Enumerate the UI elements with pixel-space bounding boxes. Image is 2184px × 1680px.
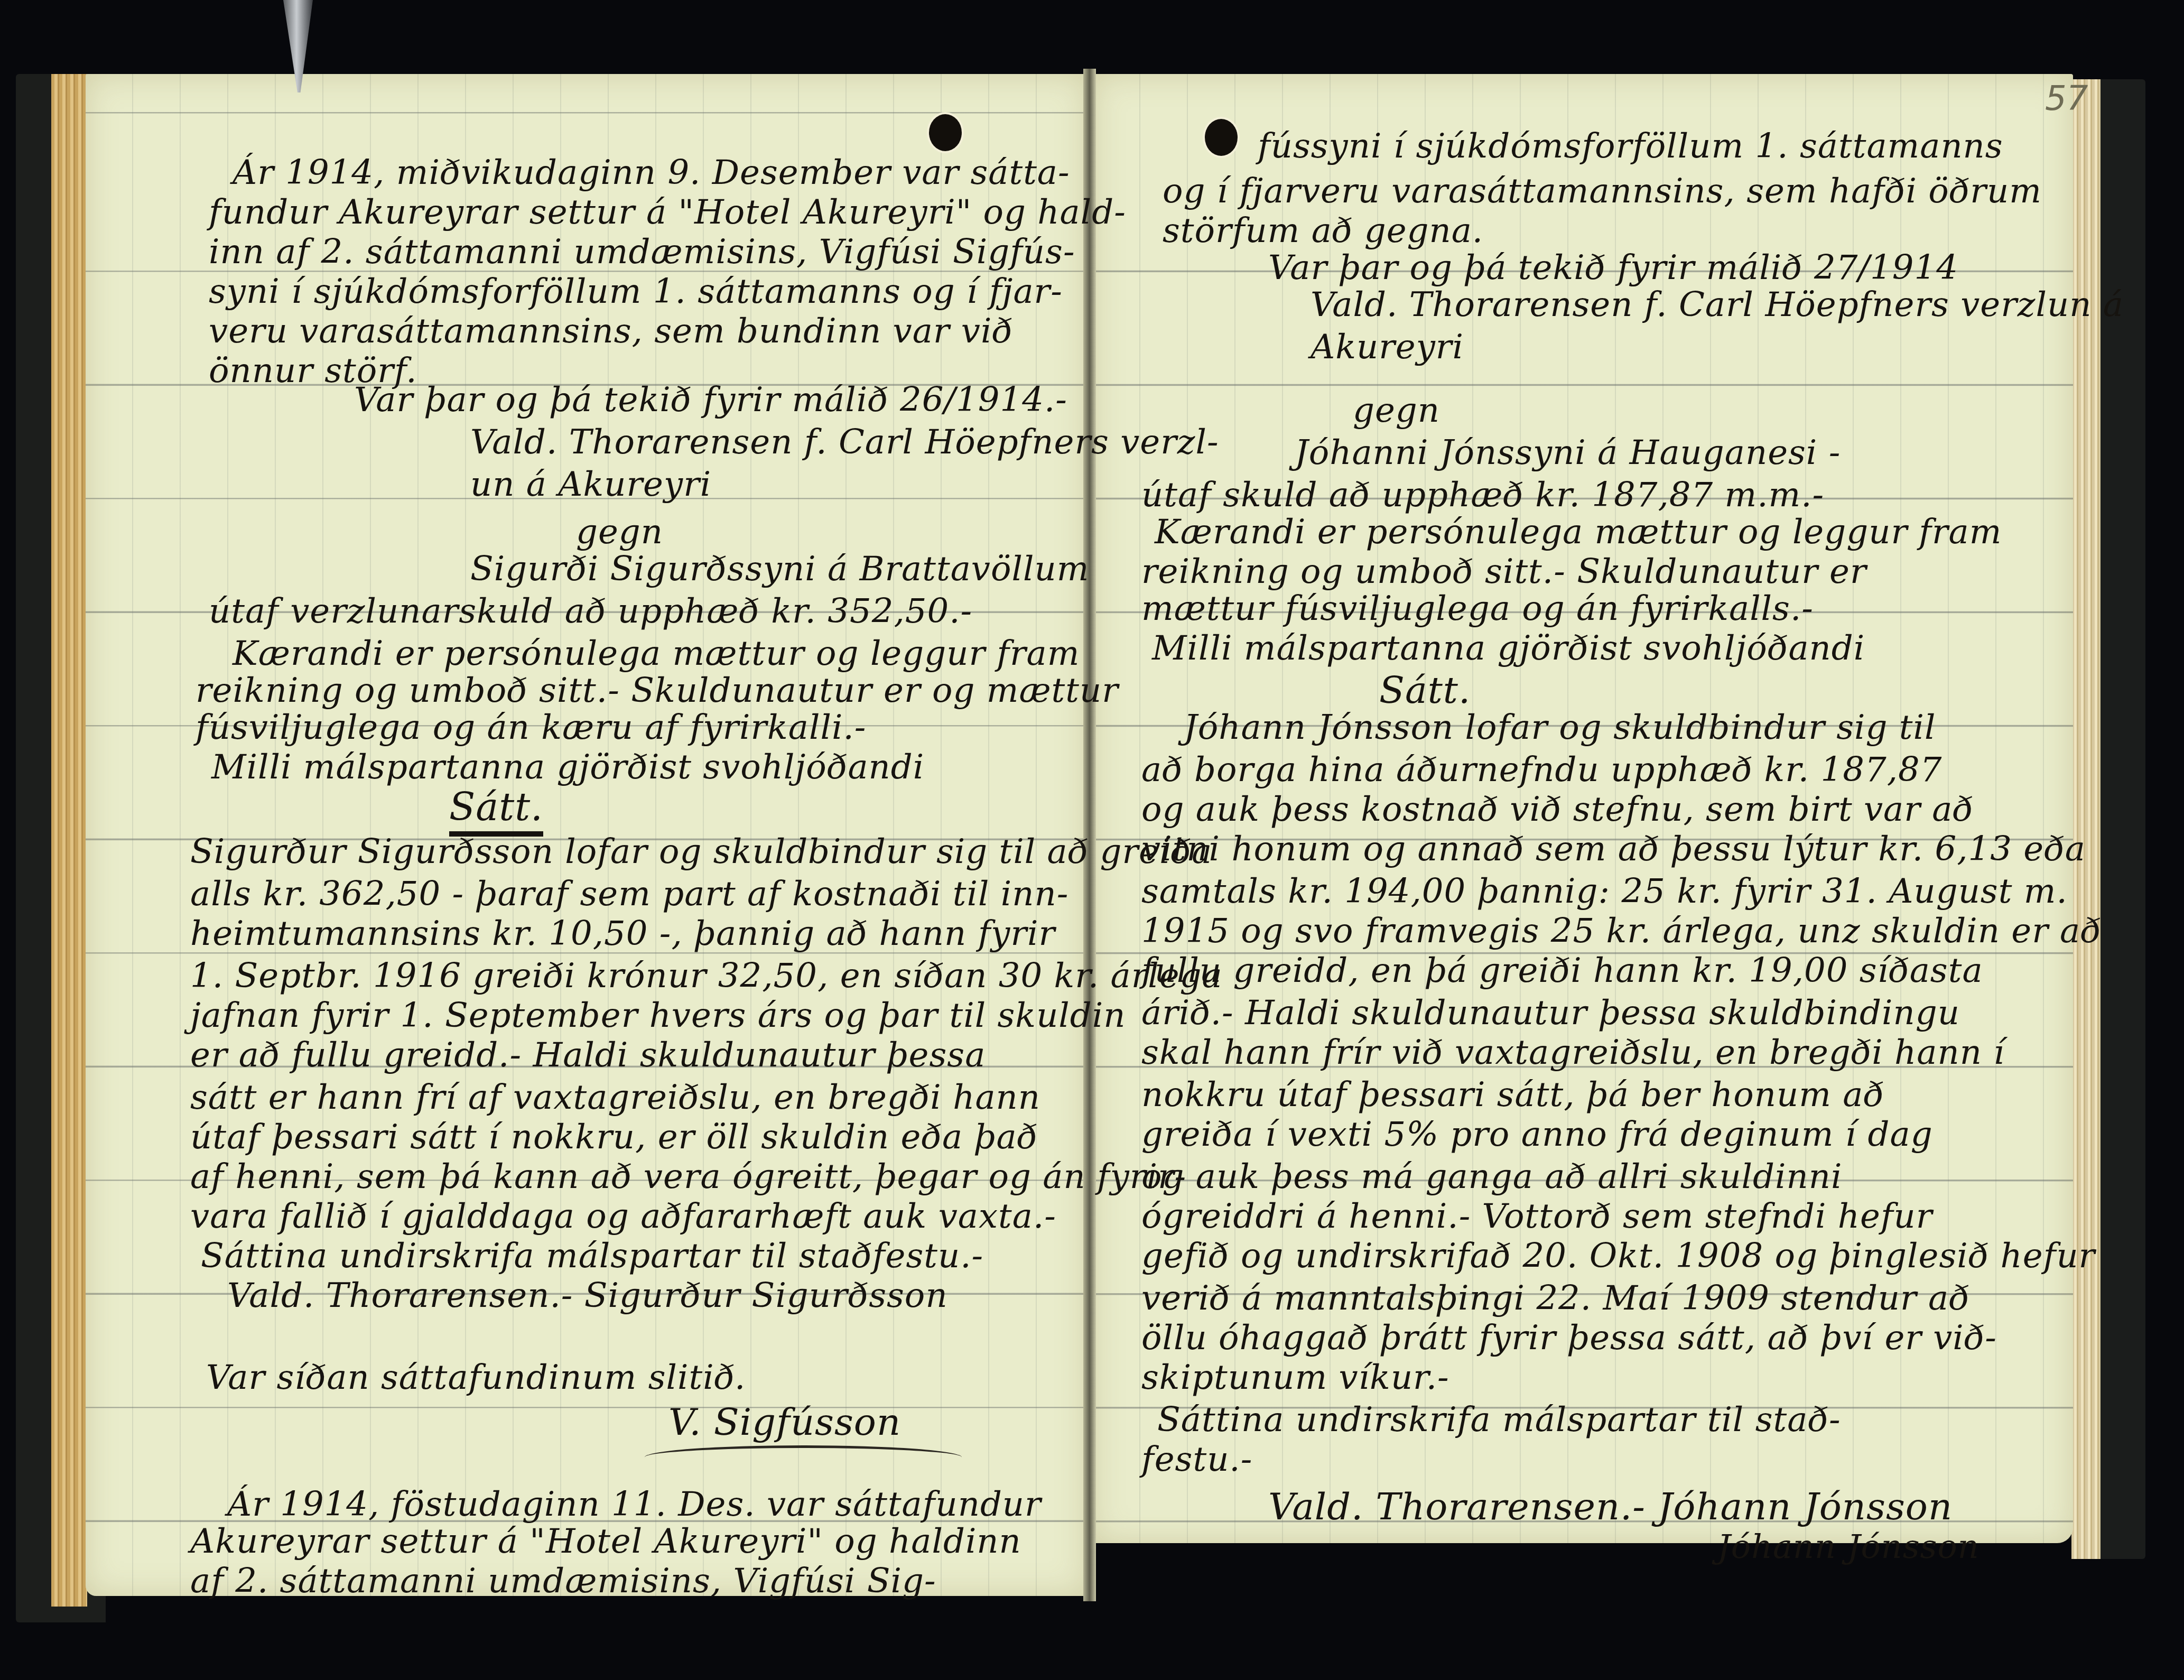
text-line: Var þar og þá tekið fyrir málið 26/1914.…: [354, 380, 1067, 420]
section-heading-satt: Sátt.: [449, 785, 543, 837]
text-line: Jóhann Jónsson lofar og skuldbindur sig …: [1184, 708, 1936, 747]
signature-johann-jonsson: Jóhann Jónsson: [1717, 1527, 1979, 1566]
text-line: syni í sjúkdómsforföllum 1. sáttamanns o…: [209, 272, 1063, 311]
text-line: Sigurður Sigurðsson lofar og skuldbindur…: [190, 832, 1212, 871]
text-line: 1915 og svo framvegis 25 kr. árlega, unz…: [1141, 912, 2102, 951]
text-line: útaf þessari sátt í nokkru, er öll skuld…: [190, 1118, 1038, 1157]
text-line: og auk þess kostnað við stefnu, sem birt…: [1141, 790, 1974, 829]
text-line: fúsviljuglega og án kæru af fyrirkalli.-: [196, 708, 866, 747]
section-heading-satt: Sátt.: [1379, 669, 1471, 712]
text-line: Akureyri: [1311, 328, 1464, 367]
text-line: reikning og umboð sitt.- Skuldunautur er: [1141, 552, 1867, 591]
text-line: veru varasáttamannsins, sem bundinn var …: [209, 312, 1013, 351]
text-line: greiða í vexti 5% pro anno frá deginum í…: [1141, 1115, 1933, 1154]
text-line: Var síðan sáttafundinum slitið.: [206, 1358, 746, 1397]
signature-line: Vald. Thorarensen.- Sigurður Sigurðsson: [227, 1276, 948, 1315]
text-line: og í fjarveru varasáttamannsins, sem haf…: [1163, 172, 2042, 211]
text-line: 1. Septbr. 1916 greiði krónur 32,50, en …: [190, 957, 1223, 996]
text-line: af henni, sem þá kann að vera ógreitt, þ…: [190, 1157, 1186, 1196]
text-line: vara fallið í gjalddaga og aðfararhæft a…: [190, 1197, 1056, 1236]
punch-hole-right: [1205, 119, 1238, 156]
signature-v-sigfusson: V. Sigfússon: [668, 1400, 901, 1444]
text-line: fússyni í sjúkdómsforföllum 1. sáttamann…: [1258, 127, 2003, 166]
text-line: verið á manntalsþingi 22. Maí 1909 stend…: [1141, 1279, 1970, 1318]
text-line: störfum að gegna.: [1163, 211, 1483, 250]
text-line: Milli málspartanna gjörðist svohljóðandi: [1152, 629, 1865, 668]
signature-line: Vald. Thorarensen.- Jóhann Jónsson: [1268, 1485, 1953, 1528]
page-number: 57: [2045, 79, 2088, 118]
text-line: Ár 1914, miðvikudaginn 9. Desember var s…: [233, 153, 1070, 192]
text-line: öllu óhaggað þrátt fyrir þessa sátt, að …: [1141, 1319, 1997, 1358]
text-line: útaf skuld að upphæð kr. 187,87 m.m.-: [1141, 476, 1824, 515]
signature-flourish: [645, 1445, 962, 1469]
text-line: festu.-: [1141, 1440, 1252, 1479]
text-line: gegn: [1353, 391, 1440, 430]
punch-hole-left: [929, 114, 962, 151]
text-line: Milli málspartanna gjörðist svohljóðandi: [211, 748, 924, 787]
page-stack-edge-left: [51, 74, 87, 1607]
text-line: Sáttina undirskrifa málspartar til staðf…: [201, 1237, 983, 1276]
text-line: alls kr. 362,50 - þaraf sem part af kost…: [190, 875, 1068, 914]
text-line: fullu greidd, en þá greiði hann kr. 19,0…: [1141, 951, 1983, 990]
text-line: nokkru útaf þessari sátt, þá ber honum a…: [1141, 1075, 1884, 1115]
text-line: og auk þess má ganga að allri skuldinni: [1141, 1157, 1842, 1196]
text-line: mættur fúsviljuglega og án fyrirkalls.-: [1141, 589, 1814, 628]
text-line: Kærandi er persónulega mættur og leggur …: [233, 634, 1080, 673]
text-line: heimtumannsins kr. 10,50 -, þannig að ha…: [190, 914, 1055, 953]
text-line: Ár 1914, föstudaginn 11. Des. var sáttaf…: [227, 1485, 1042, 1524]
text-line: inn af 2. sáttamanni umdæmisins, Vigfúsi…: [209, 233, 1075, 272]
text-line: útaf verzlunarskuld að upphæð kr. 352,50…: [209, 592, 972, 631]
text-line: fundur Akureyrar settur á "Hotel Akureyr…: [209, 193, 1126, 232]
text-line: skal hann frír við vaxtagreiðslu, en bre…: [1141, 1033, 2005, 1072]
text-line: gegn: [576, 513, 663, 552]
text-line: vitni honum og annað sem að þessu lýtur …: [1141, 830, 2086, 869]
text-line: árið.- Haldi skuldunautur þessa skuldbin…: [1141, 994, 1960, 1033]
text-line: samtals kr. 194,00 þannig: 25 kr. fyrir …: [1141, 872, 2068, 911]
text-line: ógreiddri á henni.- Vottorð sem stefndi …: [1141, 1197, 1932, 1236]
text-line: skiptunum víkur.-: [1141, 1358, 1449, 1397]
text-line: Var þar og þá tekið fyrir málið 27/1914: [1268, 248, 1958, 287]
text-line: un á Akureyri: [470, 465, 711, 504]
text-line: Vald. Thorarensen f. Carl Höepfners verz…: [470, 423, 1219, 462]
text-line: Jóhanni Jónssyni á Hauganesi -: [1295, 433, 1841, 472]
text-line: Kærandi er persónulega mættur og leggur …: [1155, 513, 2002, 552]
text-line: jafnan fyrir 1. September hvers árs og þ…: [190, 996, 1126, 1035]
text-line: Akureyrar settur á "Hotel Akureyri" og h…: [190, 1522, 1021, 1561]
text-line: Sigurði Sigurðssyni á Brattavöllum: [470, 550, 1089, 589]
text-line: af 2. sáttamanni umdæmisins, Vigfúsi Sig…: [190, 1562, 936, 1601]
text-line: reikning og umboð sitt.- Skuldunautur er…: [196, 671, 1119, 710]
text-line: Vald. Thorarensen f. Carl Höepfners verz…: [1311, 285, 2124, 324]
text-line: sátt er hann frí af vaxtagreiðslu, en br…: [190, 1078, 1040, 1117]
text-line: gefið og undirskrifað 20. Okt. 1908 og þ…: [1141, 1237, 2095, 1276]
text-line: að borga hina áðurnefndu upphæð kr. 187,…: [1141, 750, 1942, 790]
text-line: er að fullu greidd.- Haldi skuldunautur …: [190, 1036, 986, 1075]
text-line: Sáttina undirskrifa málspartar til stað-: [1157, 1400, 1841, 1440]
